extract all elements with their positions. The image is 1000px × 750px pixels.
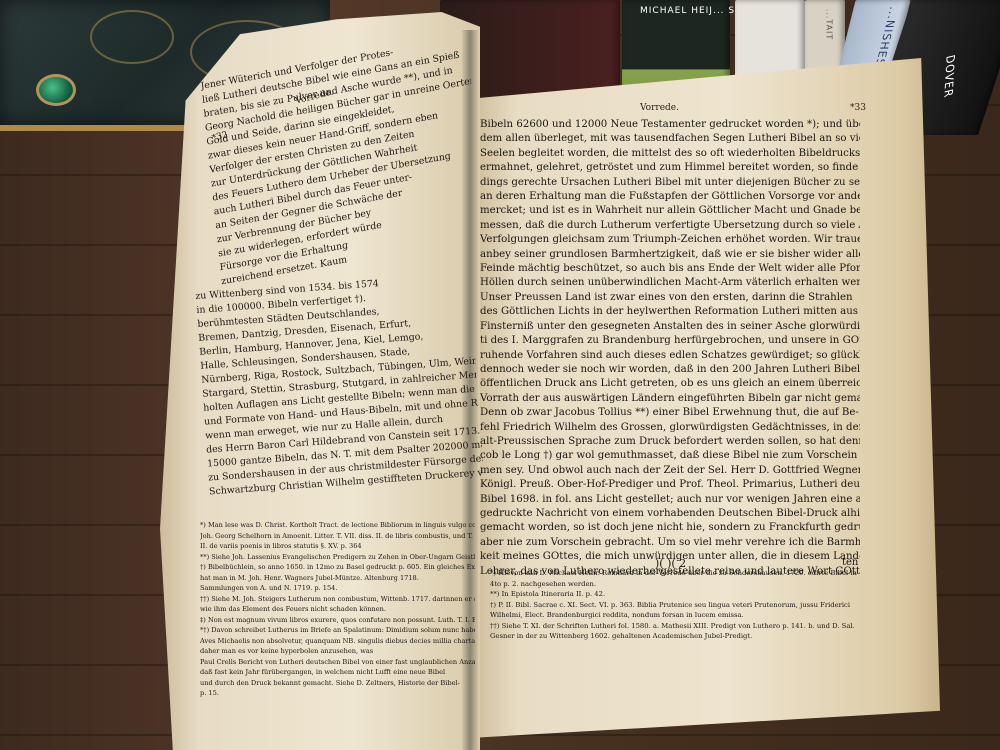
left-page-footnotes: *) Man lese was D. Christ. Kortholt Trac…: [200, 520, 475, 699]
footnote: †) P. II. Bibl. Sacrae c. XI. Sect. VI. …: [490, 600, 870, 611]
text-line: dem allen überleget, mit was tausendfach…: [480, 132, 860, 146]
green-gem: [36, 74, 76, 106]
ornament: [90, 10, 174, 64]
book-spine-title: DOVER: [941, 54, 957, 100]
footnote: und durch den Druck bekannt gemacht. Sie…: [200, 678, 475, 689]
footnote: hat man in M. Joh. Henr. Wagners Jubel-M…: [200, 573, 475, 584]
footnote: daher man es vor keine hyperbolen anzuse…: [200, 646, 475, 657]
text-line: cob le Long †) gar wol gemuthmasset, daß…: [480, 449, 860, 463]
text-line: anbey seiner grundlosen Barmhertzigkeit,…: [480, 248, 860, 262]
text-line: fehl Friedrich Wilhelm des Grossen, glor…: [480, 421, 860, 435]
footnote: ††) Siehe M. Joh. Steigers Lutherum non …: [200, 594, 475, 605]
right-page-body: Bibeln 62600 und 12000 Neue Testamenter …: [480, 118, 860, 579]
footnote: *†) Davon schreibet Lutherus im Briefe a…: [200, 625, 475, 636]
text-line: an deren Erhaltung man die Fußstapfen de…: [480, 190, 860, 204]
text-line: ruhende Vorfahren sind auch dieses edlen…: [480, 349, 860, 363]
footnote: Paul Crells Bericht von Lutheri deutsche…: [200, 657, 475, 668]
text-line: men sey. Und obwol auch nach der Zeit de…: [480, 464, 860, 478]
text-line: des Göttlichen Lichts in der heylwerthen…: [480, 305, 860, 319]
text-line: Feinde mächtig beschützet, so auch bis a…: [480, 262, 860, 276]
text-line: ermahnet, gelehret, getröstet und zum Hi…: [480, 161, 860, 175]
right-page-header: Vorrede.: [640, 103, 679, 113]
text-line: Königl. Preuß. Ober-Hof-Prediger und Pro…: [480, 478, 860, 492]
right-page-number: *33: [850, 103, 866, 113]
footnote: Aves Michaelis non absolvetur, quanquam …: [200, 636, 475, 647]
footnote: **) Siehe Joh. Lassenius Evangelischen P…: [200, 552, 475, 563]
text-line: Bibel 1698. in fol. ans Licht gestellet;…: [480, 493, 860, 507]
left-page-body-lower: zu Wittenberg sind von 1534. bis 1574 in…: [195, 271, 484, 500]
footnote: wie ihm das Element des Feuers nicht sch…: [200, 604, 475, 615]
footnote: Joh. Georg Schelhorn in Amoenit. Litter.…: [200, 531, 475, 542]
footnote: p. 15.: [200, 688, 475, 699]
text-line: öffentlichen Druck ans Licht getreten, o…: [480, 377, 860, 391]
right-page-footnotes: *) Hievon kan D. Michael Heinr. Reinhard…: [490, 568, 870, 642]
text-line: aber nie zum Vorschein gebracht. Um so v…: [480, 536, 860, 550]
text-line: messen, daß die durch Lutherum verfertig…: [480, 219, 860, 233]
book-spine-title: ...TAIT: [824, 9, 833, 41]
text-line: gemacht worden, so ist doch jene nicht h…: [480, 521, 860, 535]
footnote: Gesner in der zu Wittenberg 1602. gehalt…: [490, 631, 870, 642]
footnote: ‡) Non est magnum vivum libros exurere, …: [200, 615, 475, 626]
text-line: dings gerechte Ursachen Lutheri Bibel mi…: [480, 176, 860, 190]
footnote: ††) Siehe T. XI. der Schriften Lutheri f…: [490, 621, 870, 632]
text-line: Finsterniß unter den gesegneten Anstalte…: [480, 320, 860, 334]
footnote: **) In Epistola Itineraria II. p. 42.: [490, 589, 870, 600]
text-line: Verfolgungen gleichsam zum Triumph-Zeich…: [480, 233, 860, 247]
text-line: gedruckte Nachricht von einem vorhabende…: [480, 507, 860, 521]
footnote: II. de variis poenis in libros statutis …: [200, 541, 475, 552]
text-line: mercket; und ist es in Wahrheit nur alle…: [480, 204, 860, 218]
text-line: Bibeln 62600 und 12000 Neue Testamenter …: [480, 118, 860, 132]
footnote: Sammlungen von A. und N. 1719. p. 154.: [200, 583, 475, 594]
text-line: Höllen durch seinen unüberwindlichen Mac…: [480, 276, 860, 290]
footnote: daß fast kein Jahr fürübergangen, in wel…: [200, 667, 475, 678]
footnote: *) Hievon kan D. Michael Heinr. Reinhard…: [490, 568, 870, 579]
text-line: Seelen begleitet worden, die mittelst de…: [480, 147, 860, 161]
footnote: *) Man lese was D. Christ. Kortholt Trac…: [200, 520, 475, 531]
text-line: Denn ob zwar Jacobus Tollius **) einer B…: [480, 406, 860, 420]
text-line: Vorrath der aus auswärtigen Ländern eing…: [480, 392, 860, 406]
footnote: Wilhelmi, Elect. Brandenburgici reddita,…: [490, 610, 870, 621]
footnote: 4to p. 2. nachgesehen werden.: [490, 579, 870, 590]
text-line: dennoch weder sie noch wir worden, daß i…: [480, 363, 860, 377]
catchword: ten: [842, 557, 858, 568]
text-line: alt-Preussischen Sprache zum Druck befor…: [480, 435, 860, 449]
footnote: †) Bibelbüchlein, so anno 1650. in 12mo …: [200, 562, 475, 573]
text-line: ti des I. Marggrafen zu Brandenburg herf…: [480, 334, 860, 348]
text-line: Unser Preussen Land ist zwar eines von d…: [480, 291, 860, 305]
